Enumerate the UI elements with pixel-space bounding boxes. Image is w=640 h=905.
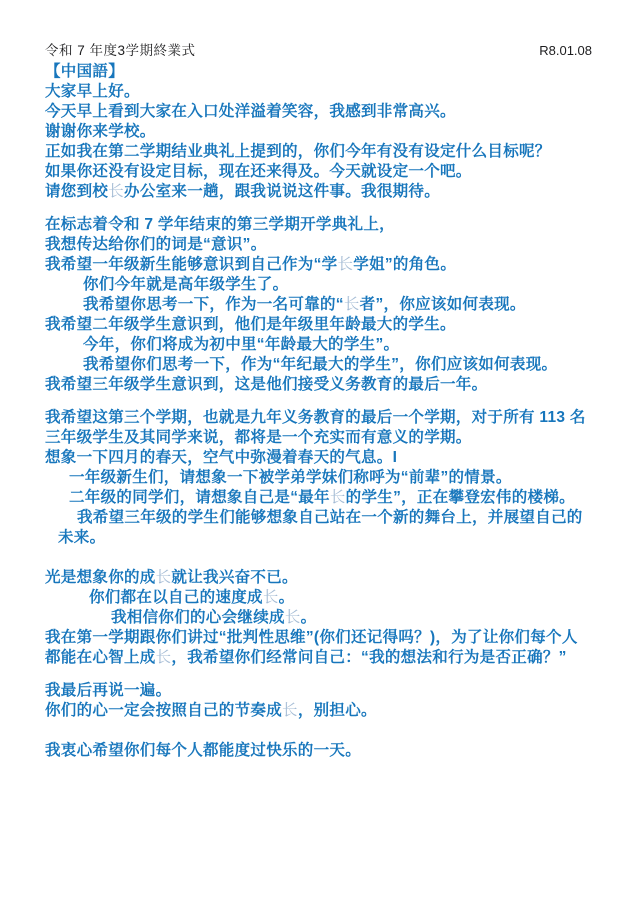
text-line: 我希望二年级学生意识到，他们是年级里年龄最大的学生。 (45, 315, 592, 335)
text-line: 光是想象你的成长就让我兴奋不已。 (45, 568, 592, 588)
text-line: 我希望你们思考一下，作为“年纪最大的学生”，你们应该如何表现。 (45, 355, 592, 375)
text-line: 一年级新生们，请想象一下被学弟学妹们称呼为“前辈”的情景。 (45, 468, 592, 488)
text-line: 我希望一年级新生能够意识到自己作为“学长学姐”的角色。 (45, 255, 592, 275)
text-line: 我希望三年级的学生们能够想象自己站在一个新的舞台上，并展望自己的 (45, 508, 592, 528)
doc-title: 令和 7 年度3学期終業式 (45, 41, 196, 61)
text-line: 如果你还没有设定目标，现在还来得及。今天就设定一个吧。 (45, 162, 592, 182)
text-line: 未来。 (45, 528, 592, 548)
text-line: 我在第一学期跟你们讲过“批判性思维”(你们还记得吗？)，为了让你们每个人 (45, 628, 592, 648)
fallback-glyph: 长 (330, 489, 346, 506)
text-line: 你们都在以自己的速度成长。 (45, 588, 592, 608)
text-line: 今年，你们将成为初中里“年龄最大的学生”。 (45, 335, 592, 355)
text-line: 我希望三年级学生意识到，这是他们接受义务教育的最后一年。 (45, 375, 592, 395)
text-line: 谢谢你来学校。 (45, 122, 592, 142)
text-line: 我想传达给你们的词是“意识”。 (45, 235, 592, 255)
fallback-glyph: 长 (344, 296, 360, 313)
doc-header: 令和 7 年度3学期終業式 R8.01.08 (45, 41, 592, 61)
text-line: 你们今年就是高年级学生了。 (45, 275, 592, 295)
text-line: 正如我在第二学期结业典礼上提到的，你们今年有没有设定什么目标呢？ (45, 142, 592, 162)
text-line: 三年级学生及其同学来说，都将是一个充实而有意义的学期。 (45, 428, 592, 448)
text-line: 在标志着令和 7 学年结束的第三学期开学典礼上， (45, 215, 592, 235)
fallback-glyph: 长 (156, 569, 172, 586)
fallback-glyph: 长 (337, 256, 353, 273)
text-line: 我衷心希望你们每个人都能度过快乐的一天。 (45, 741, 592, 761)
text-line: 我相信你们的心会继续成长。 (45, 608, 592, 628)
text-line: 想象一下四月的春天，空气中弥漫着春天的气息。I (45, 448, 592, 468)
text-line: 你们的心一定会按照自己的节奏成长，别担心。 (45, 701, 592, 721)
fallback-glyph: 长 (263, 589, 279, 606)
text-line: 我希望你思考一下，作为一名可靠的“长者”，你应该如何表现。 (45, 295, 592, 315)
text-line: 我最后再说一遍。 (45, 681, 592, 701)
text-line: 我希望这第三个学期，也就是九年义务教育的最后一个学期，对于所有 113 名 (45, 408, 592, 428)
text-line: 今天早上看到大家在入口处洋溢着笑容，我感到非常高兴。 (45, 102, 592, 122)
fallback-glyph: 长 (108, 183, 124, 200)
text-line: 请您到校长办公室来一趟，跟我说说这件事。我很期待。 (45, 182, 592, 202)
text-line: 都能在心智上成长，我希望你们经常问自己：“我的想法和行为是否正确？” (45, 648, 592, 668)
text-line: 大家早上好。 (45, 82, 592, 102)
text-line: 二年级的同学们，请想象自己是“最年长的学生”，正在攀登宏伟的楼梯。 (45, 488, 592, 508)
doc-body: 【中国語】 大家早上好。 今天早上看到大家在入口处洋溢着笑容，我感到非常高兴。 … (45, 62, 592, 761)
language-tag: 【中国語】 (45, 62, 592, 82)
doc-date: R8.01.08 (539, 41, 592, 61)
document-page: 令和 7 年度3学期終業式 R8.01.08 【中国語】 大家早上好。 今天早上… (0, 0, 640, 905)
fallback-glyph: 长 (285, 609, 301, 626)
fallback-glyph: 长 (156, 649, 172, 666)
fallback-glyph: 长 (282, 702, 298, 719)
